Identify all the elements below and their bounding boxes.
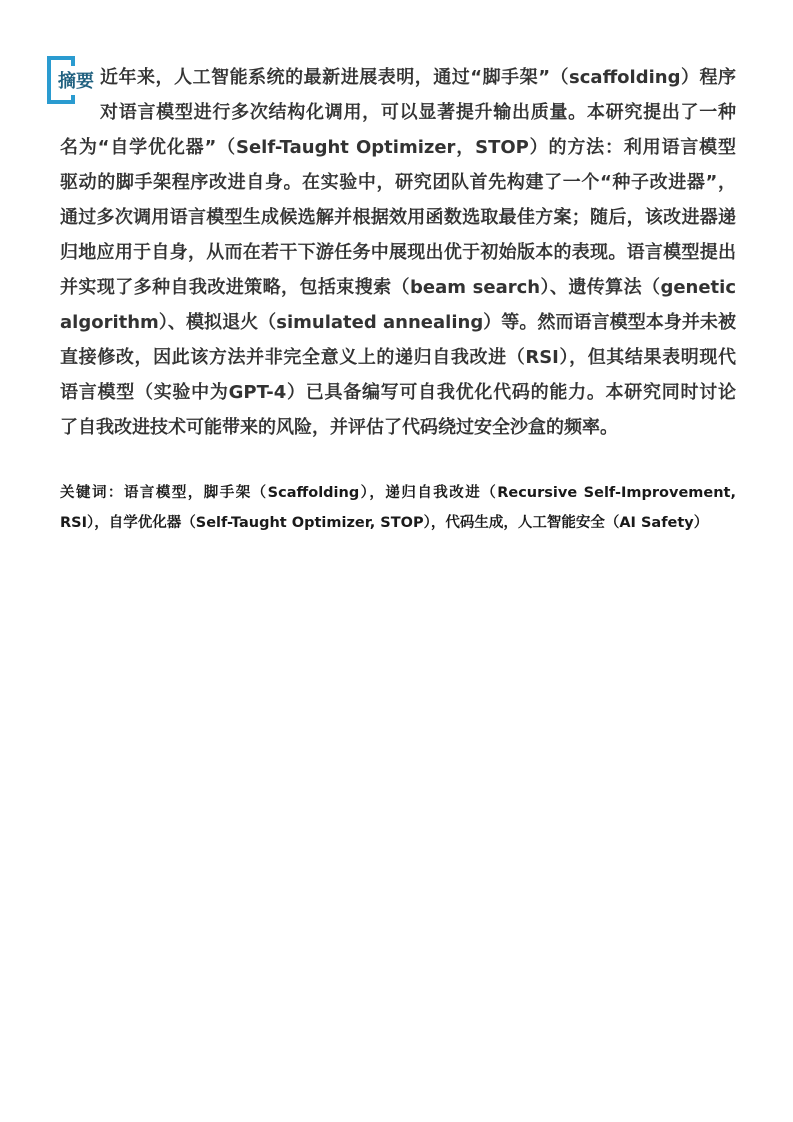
- abstract-line: 了自我改进技术可能带来的风险，并评估了代码绕过安全沙盒的频率。: [60, 410, 736, 445]
- document-page: 摘要 近年来，人工智能系统的最新进展表明，通过“脚手架”（scaffolding…: [0, 0, 793, 1122]
- abstract-line: 通过多次调用语言模型生成候选解并根据效用函数选取最佳方案；随后，该改进器递: [60, 200, 736, 235]
- keywords-line: 关键词：语言模型，脚手架（Scaffolding），递归自我改进（Recursi…: [60, 478, 736, 508]
- abstract-line: 归地应用于自身，从而在若干下游任务中展现出优于初始版本的表现。语言模型提出: [60, 235, 736, 270]
- abstract-line: 并实现了多种自我改进策略，包括束搜索（beam search）、遗传算法（gen…: [60, 270, 736, 305]
- keywords-line: RSI），自学优化器（Self-Taught Optimizer, STOP），…: [60, 508, 736, 538]
- abstract-line: 直接修改，因此该方法并非完全意义上的递归自我改进（RSI），但其结果表明现代: [60, 340, 736, 375]
- abstract-line: 对语言模型进行多次结构化调用，可以显著提升输出质量。本研究提出了一种: [60, 95, 736, 130]
- keywords-section: 关键词：语言模型，脚手架（Scaffolding），递归自我改进（Recursi…: [60, 478, 736, 538]
- abstract-body: 近年来，人工智能系统的最新进展表明，通过“脚手架”（scaffolding）程序…: [60, 60, 736, 445]
- abstract-line: algorithm）、模拟退火（simulated annealing）等。然而…: [60, 305, 736, 340]
- abstract-line: 驱动的脚手架程序改进自身。在实验中，研究团队首先构建了一个“种子改进器”，: [60, 165, 736, 200]
- abstract-line: 名为“自学优化器”（Self-Taught Optimizer，STOP）的方法…: [60, 130, 736, 165]
- bracket-left-edge: [47, 56, 51, 104]
- abstract-line: 语言模型（实验中为GPT-4）已具备编写可自我优化代码的能力。本研究同时讨论: [60, 375, 736, 410]
- abstract-line: 近年来，人工智能系统的最新进展表明，通过“脚手架”（scaffolding）程序: [60, 60, 736, 95]
